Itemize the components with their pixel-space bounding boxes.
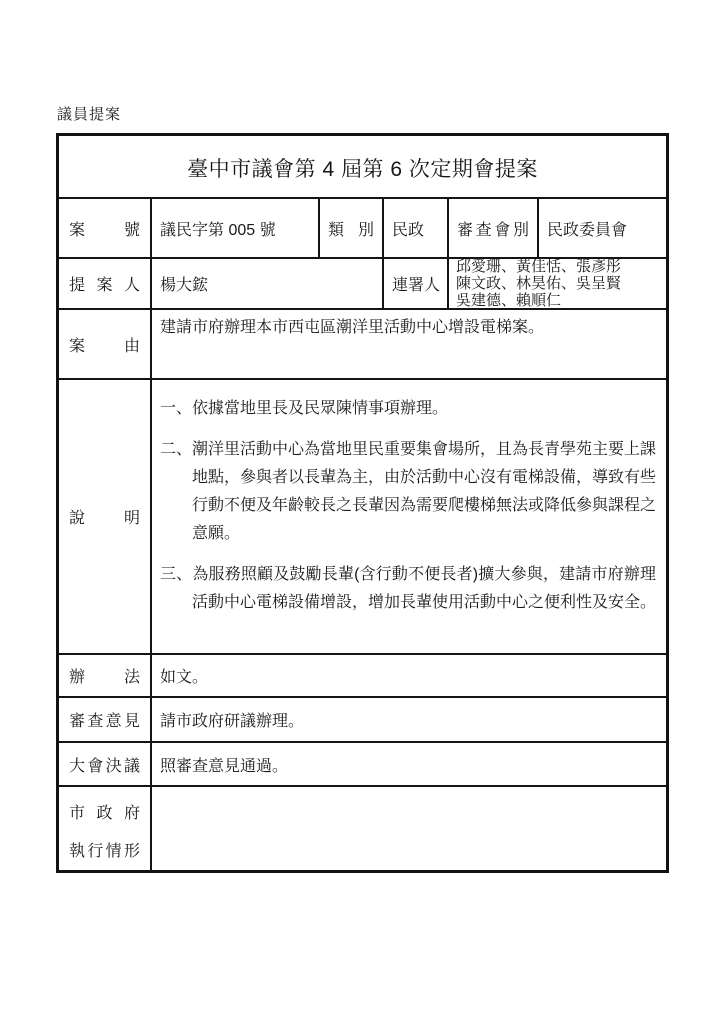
subject-value: 建請市府辦理本市西屯區潮洋里活動中心增設電梯案。 — [150, 310, 666, 378]
resolution-row: 大會決議 照審查意見通過。 — [59, 741, 666, 785]
review-committee-label: 審查會別 — [447, 199, 537, 257]
subject-label: 案由 — [59, 310, 150, 378]
review-committee-value: 民政委員會 — [537, 199, 666, 257]
proposal-table: 臺中市議會第 4 屆第 6 次定期會提案 案號 議民字第 005 號 類別 民政… — [56, 133, 669, 873]
case-number-value: 議民字第 005 號 — [150, 199, 318, 257]
execution-row: 市政府執行情形 — [59, 785, 666, 870]
proposer-row: 提案人 楊大鋐 連署人 邱愛珊、黃佳恬、張彥彤陳文政、林昊佑、吳呈賢吳建德、賴順… — [59, 257, 666, 308]
title-row: 臺中市議會第 4 屆第 6 次定期會提案 — [59, 136, 666, 197]
execution-label: 市政府執行情形 — [59, 787, 150, 870]
document-page: 議員提案 臺中市議會第 4 屆第 6 次定期會提案 案號 議民字第 005 號 … — [0, 0, 724, 1024]
method-value: 如文。 — [150, 655, 666, 696]
resolution-value: 照審查意見通過。 — [150, 743, 666, 785]
category-label: 類別 — [318, 199, 382, 257]
proposer-value: 楊大鋐 — [150, 259, 382, 308]
cosigner-label: 連署人 — [382, 259, 447, 308]
case-number-row: 案號 議民字第 005 號 類別 民政 審查會別 民政委員會 — [59, 197, 666, 257]
case-number-label: 案號 — [59, 199, 150, 257]
method-row: 辦法 如文。 — [59, 653, 666, 696]
proposer-label: 提案人 — [59, 259, 150, 308]
proposal-type-label: 議員提案 — [57, 103, 121, 124]
description-items: 一、依據當地里長及民眾陳情事項辦理。二、潮洋里活動中心為當地里民重要集會場所，且… — [150, 380, 666, 653]
resolution-label: 大會決議 — [59, 743, 150, 785]
review-opinion-label: 審查意見 — [59, 698, 150, 741]
review-opinion-row: 審查意見 請市政府研議辦理。 — [59, 696, 666, 741]
doc-title: 臺中市議會第 4 屆第 6 次定期會提案 — [187, 151, 538, 183]
category-value: 民政 — [382, 199, 447, 257]
description-label: 說明 — [59, 380, 150, 653]
review-opinion-value: 請市政府研議辦理。 — [150, 698, 666, 741]
subject-row: 案由 建請市府辦理本市西屯區潮洋里活動中心增設電梯案。 — [59, 308, 666, 378]
execution-value — [150, 787, 666, 870]
cosigner-names: 邱愛珊、黃佳恬、張彥彤陳文政、林昊佑、吳呈賢吳建德、賴順仁 — [447, 259, 666, 308]
method-label: 辦法 — [59, 655, 150, 696]
description-row: 說明 一、依據當地里長及民眾陳情事項辦理。二、潮洋里活動中心為當地里民重要集會場… — [59, 378, 666, 653]
